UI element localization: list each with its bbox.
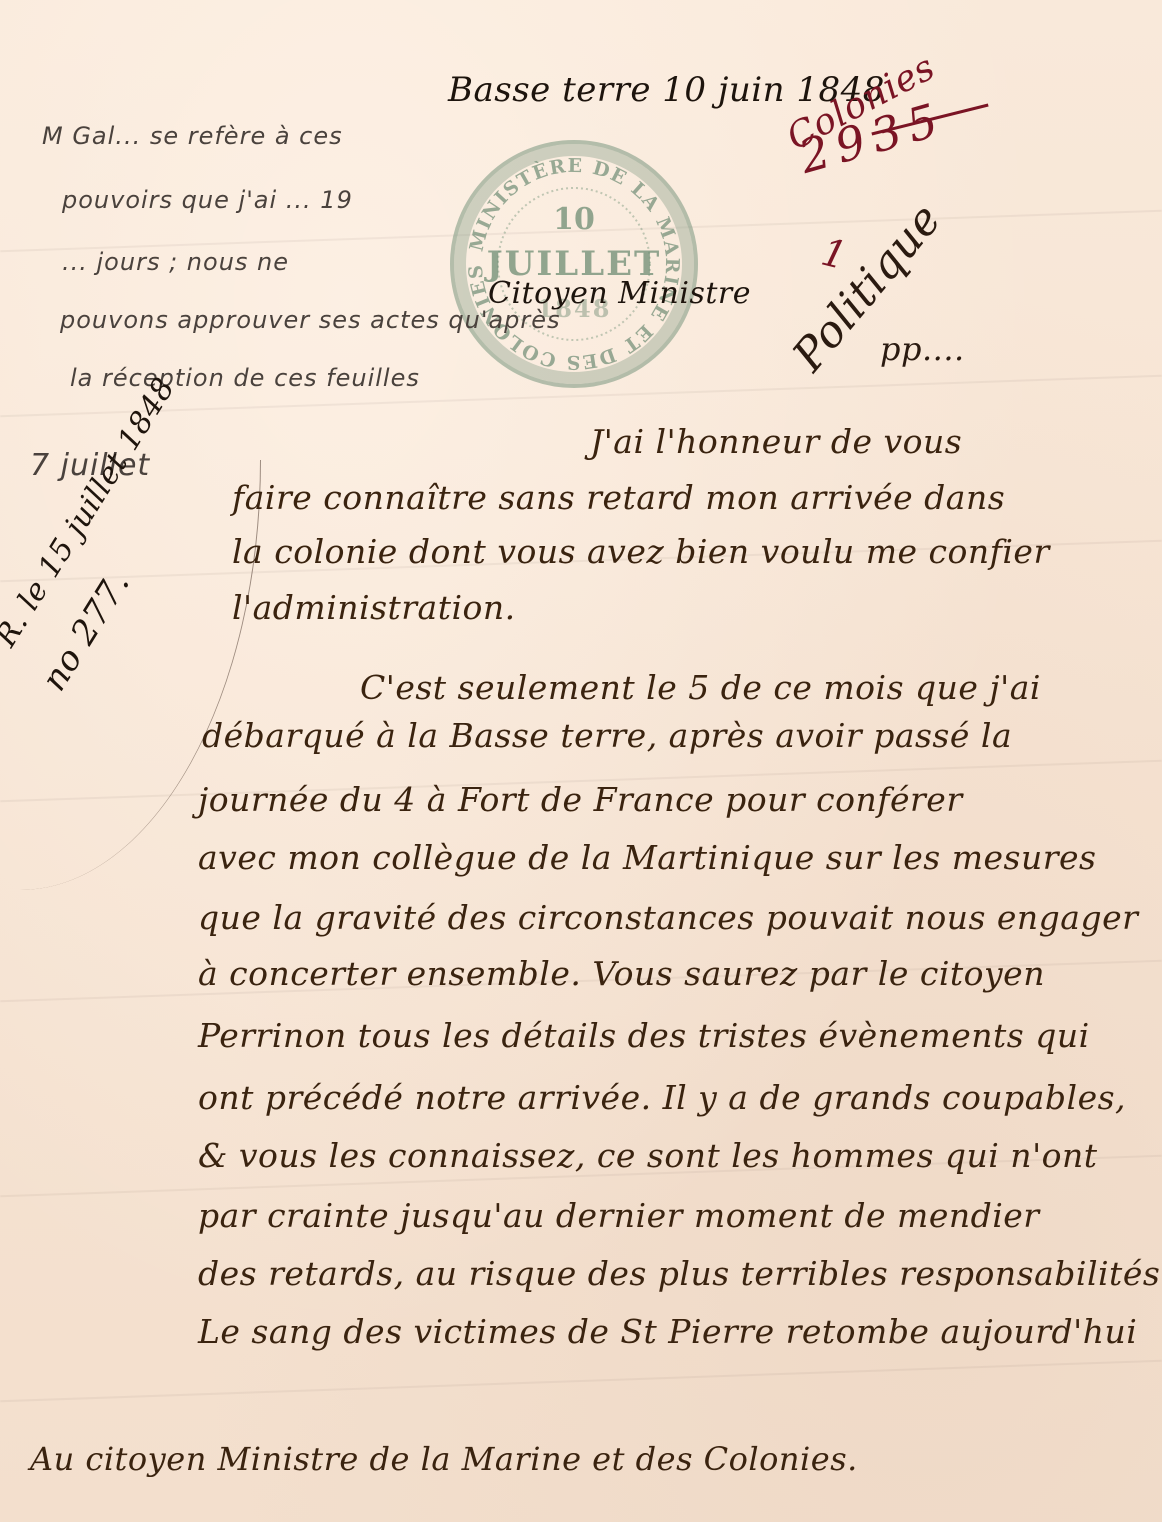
body-line: faire connaître sans retard mon arrivée … bbox=[232, 478, 1005, 517]
body-line: Le sang des victimes de St Pierre retomb… bbox=[198, 1312, 1137, 1351]
body-line: l'administration. bbox=[232, 588, 516, 627]
body-line: J'ai l'honneur de vous bbox=[590, 422, 962, 461]
margin-note-line: pouvons approuver ses actes qu'après bbox=[60, 306, 561, 334]
margin-curve-divider bbox=[20, 460, 261, 890]
letter-page: Basse terre 10 juin 1848 MINISTÈRE DE LA… bbox=[0, 0, 1162, 1522]
addressee: Au citoyen Ministre de la Marine et des … bbox=[30, 1440, 858, 1478]
body-line: à concerter ensemble. Vous saurez par le… bbox=[198, 954, 1045, 993]
bleed-through-line bbox=[0, 1360, 1161, 1403]
body-line: débarqué à la Basse terre, après avoir p… bbox=[202, 716, 1012, 755]
body-line: & vous les connaissez, ce sont les homme… bbox=[198, 1136, 1098, 1175]
body-line: des retards, au risque des plus terrible… bbox=[198, 1254, 1162, 1293]
body-line: par crainte jusqu'au dernier moment de m… bbox=[198, 1196, 1040, 1235]
body-line: Perrinon tous les détails des tristes év… bbox=[198, 1016, 1090, 1055]
classification-sub-annotation: pp.... bbox=[880, 330, 965, 368]
body-line: que la gravité des circonstances pouvait… bbox=[198, 898, 1138, 937]
body-line: la colonie dont vous avez bien voulu me … bbox=[232, 532, 1050, 571]
margin-note-line: ... jours ; nous ne bbox=[62, 248, 289, 276]
ministry-stamp: MINISTÈRE DE LA MARINE ET DES COLONIES 1… bbox=[450, 140, 698, 388]
margin-note-line: M Gal... se refère à ces bbox=[42, 122, 343, 150]
margin-note-line: la réception de ces feuilles bbox=[70, 364, 420, 392]
margin-note-line: pouvoirs que j'ai ... 19 bbox=[62, 186, 353, 214]
body-line: C'est seulement le 5 de ce mois que j'ai bbox=[360, 668, 1041, 707]
body-line: journée du 4 à Fort de France pour confé… bbox=[198, 780, 963, 819]
stamp-day: 10 bbox=[454, 202, 694, 237]
body-line: avec mon collègue de la Martinique sur l… bbox=[198, 838, 1096, 877]
body-line: ont précédé notre arrivée. Il y a de gra… bbox=[198, 1078, 1126, 1117]
